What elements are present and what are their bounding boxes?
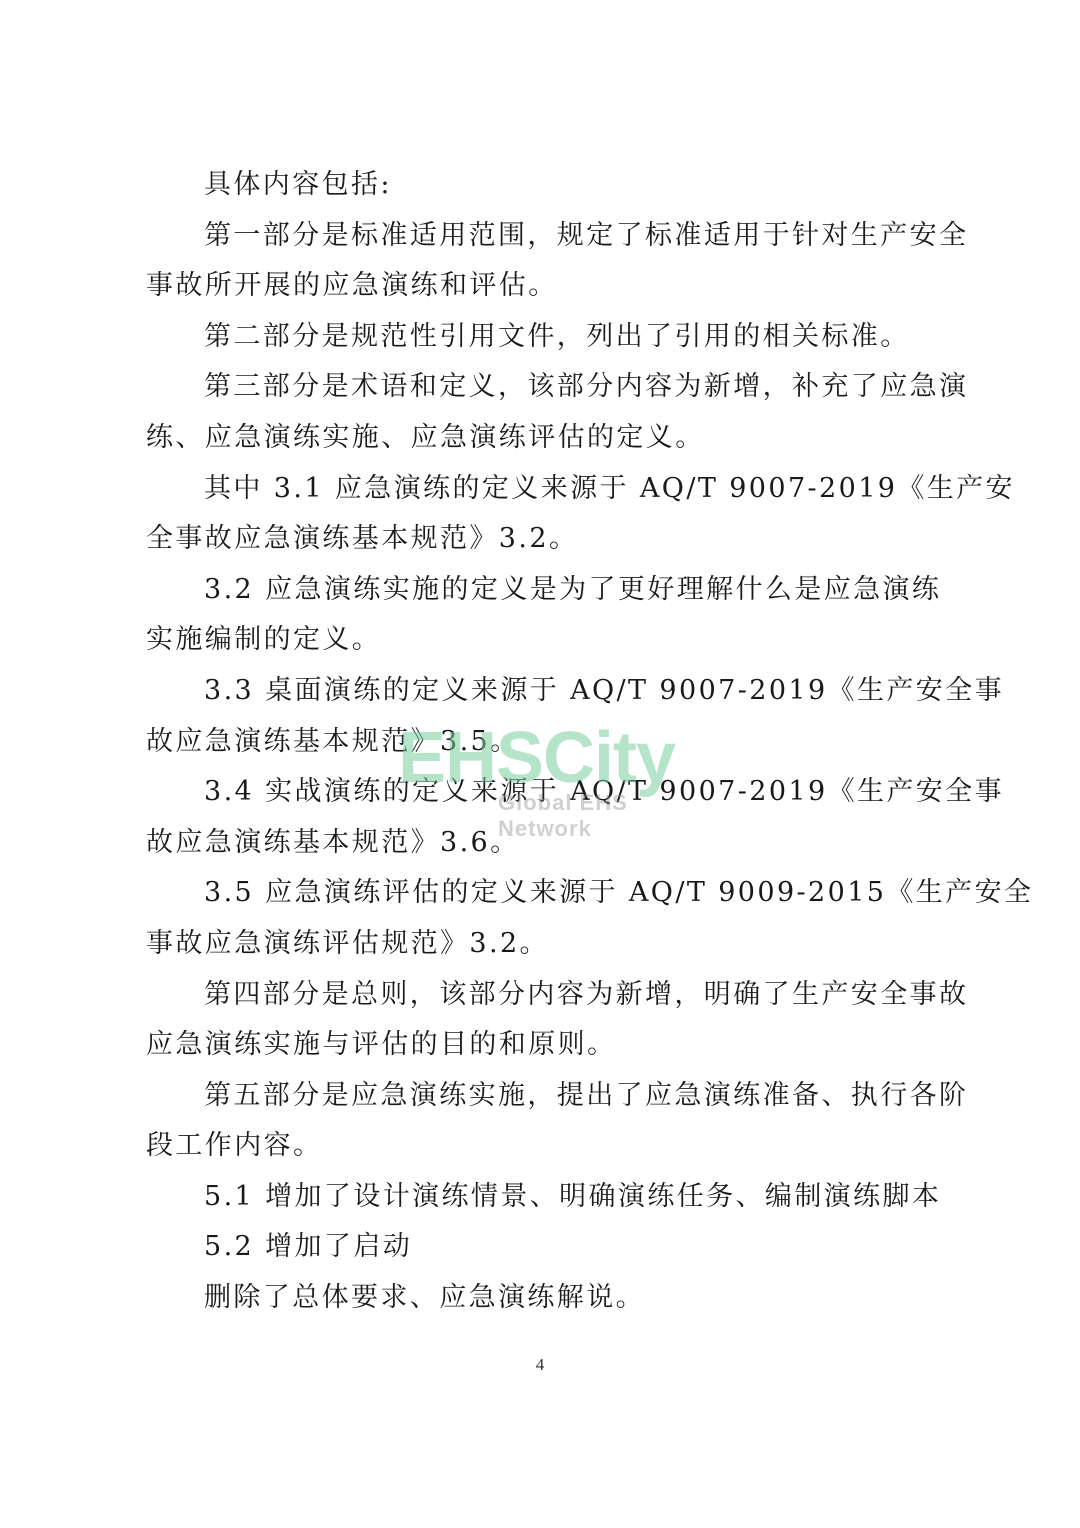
paragraph-line: 3.4 实战演练的定义来源于 AQ/T 9007-2019《生产安全事 [146, 767, 946, 818]
paragraph-line: 实施编制的定义。 [146, 615, 946, 666]
paragraph-line: 3.2 应急演练实施的定义是为了更好理解什么是应急演练 [146, 565, 946, 616]
paragraph-line: 应急演练实施与评估的目的和原则。 [146, 1020, 946, 1071]
paragraph-line: 第五部分是应急演练实施，提出了应急演练准备、执行各阶 [146, 1071, 946, 1122]
paragraph-line: 其中 3.1 应急演练的定义来源于 AQ/T 9007-2019《生产安 [146, 464, 946, 515]
paragraph-line: 3.3 桌面演练的定义来源于 AQ/T 9007-2019《生产安全事 [146, 666, 946, 717]
paragraph-line: 段工作内容。 [146, 1121, 946, 1172]
page-number: 4 [0, 1355, 1080, 1375]
paragraph-line: 5.2 增加了启动 [146, 1222, 946, 1273]
paragraph-line: 5.1 增加了设计演练情景、明确演练任务、编制演练脚本 [146, 1172, 946, 1223]
paragraph-line: 事故应急演练评估规范》3.2。 [146, 919, 946, 970]
paragraph-line: 第一部分是标准适用范围，规定了标准适用于针对生产安全 [146, 211, 946, 262]
body-text: 具体内容包括: 第一部分是标准适用范围，规定了标准适用于针对生产安全 事故所开展… [146, 160, 946, 1324]
paragraph-line: 事故所开展的应急演练和评估。 [146, 261, 946, 312]
paragraph-line: 删除了总体要求、应急演练解说。 [146, 1273, 946, 1324]
paragraph-line: 具体内容包括: [146, 160, 946, 211]
paragraph-line: 练、应急演练实施、应急演练评估的定义。 [146, 413, 946, 464]
paragraph-line: 故应急演练基本规范》3.5。 [146, 717, 946, 768]
paragraph-line: 第三部分是术语和定义，该部分内容为新增，补充了应急演 [146, 362, 946, 413]
document-page: 具体内容包括: 第一部分是标准适用范围，规定了标准适用于针对生产安全 事故所开展… [0, 0, 1080, 1528]
paragraph-line: 3.5 应急演练评估的定义来源于 AQ/T 9009-2015《生产安全 [146, 868, 946, 919]
paragraph-line: 全事故应急演练基本规范》3.2。 [146, 514, 946, 565]
paragraph-line: 第四部分是总则，该部分内容为新增，明确了生产安全事故 [146, 970, 946, 1021]
paragraph-line: 第二部分是规范性引用文件，列出了引用的相关标准。 [146, 312, 946, 363]
paragraph-line: 故应急演练基本规范》3.6。 [146, 818, 946, 869]
